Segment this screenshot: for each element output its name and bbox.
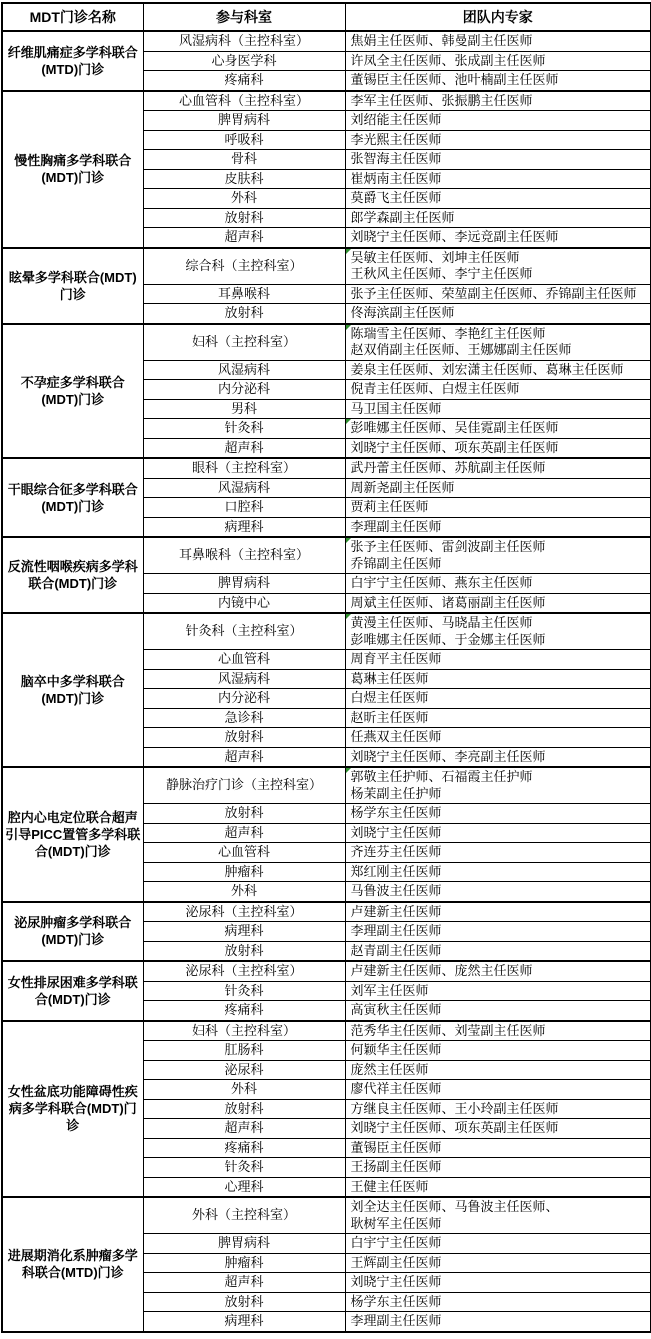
table-row: 慢性胸痛多学科联合(MDT)门诊心血管科（主控科室）李军主任医师、张振鹏主任医师 (2, 91, 651, 111)
experts-cell: 白宇宁主任医师、燕东主任医师 (345, 574, 651, 594)
table-row: 女性排尿困难多学科联合(MDT)门诊泌尿科（主控科室）卢建新主任医师、庞然主任医… (2, 961, 651, 981)
department-cell: 放射科 (143, 804, 345, 824)
experts-cell: 庞然主任医师 (345, 1060, 651, 1080)
header-clinic-name: MDT门诊名称 (2, 3, 143, 31)
department-cell: 针灸科 (143, 1158, 345, 1178)
experts-cell: 周斌主任医师、诸葛丽副主任医师 (345, 593, 651, 613)
experts-cell: 白煜主任医师 (345, 689, 651, 709)
header-department: 参与科室 (143, 3, 345, 31)
department-cell: 疼痛科 (143, 71, 345, 91)
experts-cell: 葛琳主任医师 (345, 669, 651, 689)
department-cell: 急诊科 (143, 708, 345, 728)
department-cell: 骨科 (143, 150, 345, 170)
department-cell: 风湿病科 (143, 478, 345, 498)
experts-cell: 赵青副主任医师 (345, 941, 651, 961)
experts-cell: 刘晓宁主任医师、李亮副主任医师 (345, 747, 651, 767)
experts-cell: 佟海滨副主任医师 (345, 304, 651, 324)
experts-cell-with-comment-marker: 郭敬主任护师、石福霞主任护师 杨茉副主任护师 (345, 767, 651, 804)
experts-cell: 杨学东主任医师 (345, 1292, 651, 1312)
experts-cell: 赵昕主任医师 (345, 708, 651, 728)
table-header: MDT门诊名称 参与科室 团队内专家 (2, 3, 651, 31)
department-cell: 超声科 (143, 1273, 345, 1293)
department-cell: 风湿病科（主控科室） (143, 31, 345, 51)
department-cell: 泌尿科（主控科室） (143, 961, 345, 981)
department-cell: 疼痛科 (143, 1138, 345, 1158)
experts-cell: 周新尧副主任医师 (345, 478, 651, 498)
department-cell: 肿瘤科 (143, 862, 345, 882)
department-cell: 耳鼻喉科（主控科室） (143, 537, 345, 574)
experts-cell: 李理副主任医师 (345, 517, 651, 537)
department-cell: 外科 (143, 189, 345, 209)
department-cell: 放射科 (143, 941, 345, 961)
clinic-name-cell: 眩晕多学科联合(MDT)门诊 (2, 248, 143, 324)
department-cell: 静脉治疗门诊（主控科室） (143, 767, 345, 804)
department-cell: 肿瘤科 (143, 1253, 345, 1273)
department-cell: 耳鼻喉科 (143, 284, 345, 304)
department-cell: 放射科 (143, 304, 345, 324)
table-row: 进展期消化系肿瘤多学科联合(MTD)门诊外科（主控科室）刘全达主任医师、马鲁波主… (2, 1197, 651, 1234)
clinic-name-cell: 反流性咽喉疾病多学科联合(MDT)门诊 (2, 537, 143, 613)
department-cell: 眼科（主控科室） (143, 458, 345, 478)
department-cell: 泌尿科 (143, 1060, 345, 1080)
experts-cell: 马鲁波主任医师 (345, 882, 651, 902)
department-cell: 妇科（主控科室） (143, 1021, 345, 1041)
experts-cell: 李光熙主任医师 (345, 130, 651, 150)
clinic-name-cell: 腔内心电定位联合超声引导PICC置管多学科联合(MDT)门诊 (2, 767, 143, 902)
department-cell: 心血管科（主控科室） (143, 91, 345, 111)
experts-cell: 方继良主任医师、王小玲副主任医师 (345, 1099, 651, 1119)
experts-cell: 卢建新主任医师、庞然主任医师 (345, 961, 651, 981)
department-cell: 放射科 (143, 208, 345, 228)
experts-cell: 董锡臣主任医师、池叶楠副主任医师 (345, 71, 651, 91)
clinic-name-cell: 不孕症多学科联合(MDT)门诊 (2, 324, 143, 459)
experts-cell: 马卫国主任医师 (345, 399, 651, 419)
experts-cell: 李理副主任医师 (345, 922, 651, 942)
department-cell: 内镜中心 (143, 593, 345, 613)
department-cell: 口腔科 (143, 498, 345, 518)
clinic-name-cell: 女性排尿困难多学科联合(MDT)门诊 (2, 961, 143, 1021)
department-cell: 呼吸科 (143, 130, 345, 150)
experts-cell: 周育平主任医师 (345, 650, 651, 670)
experts-cell: 刘晓宁主任医师、项东英副主任医师 (345, 438, 651, 458)
department-cell: 内分泌科 (143, 689, 345, 709)
experts-cell: 郎学森副主任医师 (345, 208, 651, 228)
clinic-name-cell: 干眼综合征多学科联合(MDT)门诊 (2, 458, 143, 537)
department-cell: 心身医学科 (143, 51, 345, 71)
table-row: 干眼综合征多学科联合(MDT)门诊眼科（主控科室）武丹蕾主任医师、苏航副主任医师 (2, 458, 651, 478)
department-cell: 外科 (143, 1080, 345, 1100)
header-row: MDT门诊名称 参与科室 团队内专家 (2, 3, 651, 31)
experts-cell: 刘晓宁主任医师 (345, 1273, 651, 1293)
department-cell: 外科 (143, 882, 345, 902)
experts-cell: 李理副主任医师 (345, 1312, 651, 1332)
table-row: 脑卒中多学科联合(MDT)门诊针灸科（主控科室）黄漫主任医师、马晓晶主任医师 彭… (2, 613, 651, 650)
department-cell: 脾胃病科 (143, 1234, 345, 1254)
table-row: 腔内心电定位联合超声引导PICC置管多学科联合(MDT)门诊静脉治疗门诊（主控科… (2, 767, 651, 804)
experts-cell: 卢建新主任医师 (345, 902, 651, 922)
experts-cell: 董锡臣主任医师 (345, 1138, 651, 1158)
department-cell: 肛肠科 (143, 1041, 345, 1061)
experts-cell: 齐连芬主任医师 (345, 843, 651, 863)
experts-cell: 王健主任医师 (345, 1177, 651, 1197)
clinic-name-cell: 泌尿肿瘤多学科联合(MDT)门诊 (2, 902, 143, 962)
experts-cell: 刘晓宁主任医师、李远竞副主任医师 (345, 228, 651, 248)
experts-cell: 张智海主任医师 (345, 150, 651, 170)
department-cell: 病理科 (143, 922, 345, 942)
header-experts: 团队内专家 (345, 3, 651, 31)
department-cell: 心血管科 (143, 650, 345, 670)
department-cell: 病理科 (143, 517, 345, 537)
experts-cell: 范秀华主任医师、刘莹副主任医师 (345, 1021, 651, 1041)
experts-cell: 何颖华主任医师 (345, 1041, 651, 1061)
experts-cell: 贾莉主任医师 (345, 498, 651, 518)
department-cell: 皮肤科 (143, 169, 345, 189)
department-cell: 综合科（主控科室） (143, 248, 345, 285)
table-row: 女性盆底功能障碍性疾病多学科联合(MDT)门诊妇科（主控科室）范秀华主任医师、刘… (2, 1021, 651, 1041)
experts-cell: 许凤全主任医师、张成副主任医师 (345, 51, 651, 71)
experts-cell: 崔炳南主任医师 (345, 169, 651, 189)
experts-cell-with-comment-marker: 彭唯娜主任医师、吴佳霓副主任医师 (345, 419, 651, 439)
clinic-name-cell: 纤维肌痛症多学科联合(MTD)门诊 (2, 31, 143, 91)
department-cell: 放射科 (143, 1099, 345, 1119)
department-cell: 外科（主控科室） (143, 1197, 345, 1234)
department-cell: 针灸科 (143, 419, 345, 439)
clinic-name-cell: 脑卒中多学科联合(MDT)门诊 (2, 613, 143, 767)
experts-cell: 焦娟主任医师、韩曼副主任医师 (345, 31, 651, 51)
department-cell: 脾胃病科 (143, 574, 345, 594)
department-cell: 心理科 (143, 1177, 345, 1197)
department-cell: 针灸科（主控科室） (143, 613, 345, 650)
experts-cell: 杨学东主任医师 (345, 804, 651, 824)
experts-cell: 王辉副主任医师 (345, 1253, 651, 1273)
experts-cell-with-comment-marker: 张予主任医师、雷剑波副主任医师 乔锦副主任医师 (345, 537, 651, 574)
experts-cell: 白宇宁主任医师 (345, 1234, 651, 1254)
experts-cell: 姜泉主任医师、刘宏潇主任医师、葛琳主任医师 (345, 360, 651, 380)
department-cell: 泌尿科（主控科室） (143, 902, 345, 922)
department-cell: 疼痛科 (143, 1001, 345, 1021)
experts-cell: 倪青主任医师、白煜主任医师 (345, 380, 651, 400)
experts-cell: 高寅秋主任医师 (345, 1001, 651, 1021)
department-cell: 放射科 (143, 1292, 345, 1312)
department-cell: 风湿病科 (143, 360, 345, 380)
department-cell: 脾胃病科 (143, 111, 345, 131)
clinic-name-cell: 进展期消化系肿瘤多学科联合(MTD)门诊 (2, 1197, 143, 1332)
department-cell: 男科 (143, 399, 345, 419)
experts-cell: 刘全达主任医师、马鲁波主任医师、 耿树军主任医师 (345, 1197, 651, 1234)
experts-cell-with-comment-marker: 吴敏主任医师、刘坤主任医师 王秋风主任医师、李宁主任医师 (345, 248, 651, 285)
experts-cell: 武丹蕾主任医师、苏航副主任医师 (345, 458, 651, 478)
department-cell: 超声科 (143, 228, 345, 248)
department-cell: 超声科 (143, 1119, 345, 1139)
experts-cell: 廖代祥主任医师 (345, 1080, 651, 1100)
experts-cell: 刘绍能主任医师 (345, 111, 651, 131)
department-cell: 内分泌科 (143, 380, 345, 400)
table-row: 纤维肌痛症多学科联合(MTD)门诊风湿病科（主控科室）焦娟主任医师、韩曼副主任医… (2, 31, 651, 51)
experts-cell: 刘军主任医师 (345, 981, 651, 1001)
department-cell: 病理科 (143, 1312, 345, 1332)
department-cell: 心血管科 (143, 843, 345, 863)
experts-cell: 郑红刚主任医师 (345, 862, 651, 882)
clinic-name-cell: 女性盆底功能障碍性疾病多学科联合(MDT)门诊 (2, 1021, 143, 1198)
mdt-clinic-table: MDT门诊名称 参与科室 团队内专家 纤维肌痛症多学科联合(MTD)门诊风湿病科… (1, 2, 651, 1333)
department-cell: 超声科 (143, 747, 345, 767)
table-row: 不孕症多学科联合(MDT)门诊妇科（主控科室）陈瑞雪主任医师、李艳红主任医师 赵… (2, 324, 651, 361)
department-cell: 超声科 (143, 823, 345, 843)
table-row: 眩晕多学科联合(MDT)门诊综合科（主控科室）吴敏主任医师、刘坤主任医师 王秋风… (2, 248, 651, 285)
experts-cell: 李军主任医师、张振鹏主任医师 (345, 91, 651, 111)
experts-cell: 任燕双主任医师 (345, 728, 651, 748)
department-cell: 妇科（主控科室） (143, 324, 345, 361)
experts-cell: 王扬副主任医师 (345, 1158, 651, 1178)
clinic-name-cell: 慢性胸痛多学科联合(MDT)门诊 (2, 91, 143, 248)
department-cell: 针灸科 (143, 981, 345, 1001)
experts-cell: 莫爵飞主任医师 (345, 189, 651, 209)
table-row: 泌尿肿瘤多学科联合(MDT)门诊泌尿科（主控科室）卢建新主任医师 (2, 902, 651, 922)
experts-cell-with-comment-marker: 黄漫主任医师、马晓晶主任医师 彭唯娜主任医师、于金娜主任医师 (345, 613, 651, 650)
table-body: 纤维肌痛症多学科联合(MTD)门诊风湿病科（主控科室）焦娟主任医师、韩曼副主任医… (2, 31, 651, 1332)
experts-cell: 刘晓宁主任医师 (345, 823, 651, 843)
page: MDT门诊名称 参与科室 团队内专家 纤维肌痛症多学科联合(MTD)门诊风湿病科… (0, 0, 651, 1339)
department-cell: 放射科 (143, 728, 345, 748)
table-row: 反流性咽喉疾病多学科联合(MDT)门诊耳鼻喉科（主控科室）张予主任医师、雷剑波副… (2, 537, 651, 574)
department-cell: 风湿病科 (143, 669, 345, 689)
experts-cell: 张予主任医师、荣堃副主任医师、乔锦副主任医师 (345, 284, 651, 304)
experts-cell: 刘晓宁主任医师、项东英副主任医师 (345, 1119, 651, 1139)
department-cell: 超声科 (143, 438, 345, 458)
experts-cell-with-comment-marker: 陈瑞雪主任医师、李艳红主任医师 赵双俏副主任医师、王娜娜副主任医师 (345, 324, 651, 361)
